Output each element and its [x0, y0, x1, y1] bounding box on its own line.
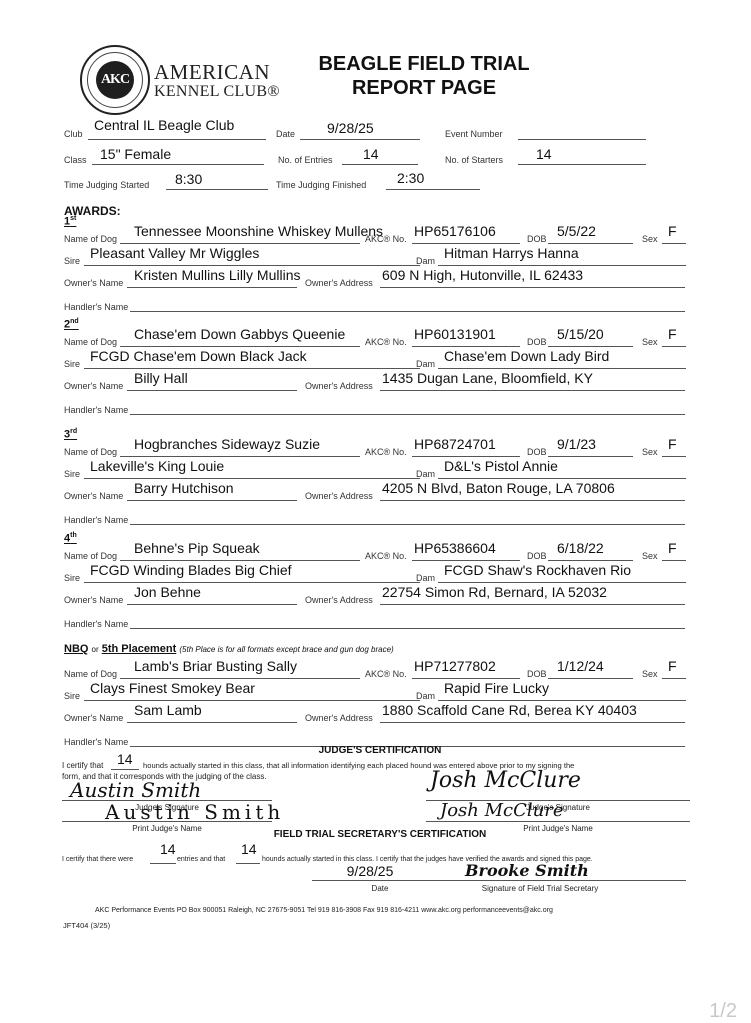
class-line	[92, 164, 264, 165]
akc-no-label: AKC® No.	[365, 551, 407, 561]
dam-field[interactable]: FCGD Shaw's Rockhaven Rio	[444, 562, 631, 578]
sex-line	[662, 678, 686, 679]
name-of-dog-label: Name of Dog	[64, 551, 117, 561]
owner-name-field[interactable]: Barry Hutchison	[134, 480, 234, 496]
footer-contact: AKC Performance Events PO Box 900051 Ral…	[95, 907, 553, 914]
dam-line	[438, 265, 686, 266]
dob-label: DOB	[527, 551, 547, 561]
dob-field[interactable]: 5/5/22	[557, 223, 596, 239]
owner-name-field[interactable]: Jon Behne	[134, 584, 201, 600]
dog-line	[120, 560, 360, 561]
sire-field[interactable]: Pleasant Valley Mr Wiggles	[90, 245, 259, 261]
time-started-field[interactable]: 8:30	[175, 171, 202, 187]
owner-address-field[interactable]: 1880 Scaffold Cane Rd, Berea KY 40403	[382, 702, 637, 718]
club-field[interactable]: Central IL Beagle Club	[94, 117, 234, 133]
dam-label: Dam	[416, 469, 435, 479]
owner-address-field[interactable]: 22754 Simon Rd, Bernard, IA 52032	[382, 584, 607, 600]
name-of-dog-label: Name of Dog	[64, 337, 117, 347]
sex-label: Sex	[642, 447, 658, 457]
judge-cert-heading: JUDGE'S CERTIFICATION	[240, 745, 520, 756]
sire-label: Sire	[64, 469, 80, 479]
class-field[interactable]: 15" Female	[100, 146, 171, 162]
akc-line	[412, 560, 520, 561]
placement-number: 2nd	[64, 318, 79, 331]
sex-field[interactable]: F	[668, 436, 677, 452]
dob-label: DOB	[527, 669, 547, 679]
sire-field[interactable]: FCGD Winding Blades Big Chief	[90, 562, 292, 578]
owners-address-label: Owner's Address	[305, 491, 373, 501]
dog-name-field[interactable]: Chase'em Down Gabbys Queenie	[134, 326, 345, 342]
sire-line	[84, 582, 420, 583]
name-of-dog-label: Name of Dog	[64, 669, 117, 679]
secretary-cert-text-mid: entries and that	[177, 856, 225, 863]
secretary-started-field[interactable]: 14	[241, 841, 257, 857]
sex-line	[662, 243, 686, 244]
address-line	[380, 500, 685, 501]
akc-number-field[interactable]: HP68724701	[414, 436, 496, 452]
date-field[interactable]: 9/28/25	[327, 120, 374, 136]
owner-line	[127, 500, 297, 501]
dam-label: Dam	[416, 359, 435, 369]
time-started-line	[166, 189, 268, 190]
name-of-dog-label: Name of Dog	[64, 234, 117, 244]
name-of-dog-label: Name of Dog	[64, 447, 117, 457]
dam-label: Dam	[416, 573, 435, 583]
owners-name-label: Owner's Name	[64, 713, 123, 723]
owner-line	[127, 390, 297, 391]
owner-line	[127, 722, 297, 723]
secretary-entries-line	[150, 863, 176, 864]
sire-label: Sire	[64, 359, 80, 369]
report-page: AKC AMERICAN KENNEL CLUB® BEAGLE FIELD T…	[0, 0, 751, 1023]
sex-line	[662, 456, 686, 457]
judge-started-field[interactable]: 14	[117, 751, 133, 767]
dam-label: Dam	[416, 256, 435, 266]
entries-line	[342, 164, 418, 165]
page-title: BEAGLE FIELD TRIAL REPORT PAGE	[300, 52, 548, 100]
dog-name-field[interactable]: Tennessee Moonshine Whiskey Mullens	[134, 223, 383, 239]
owners-address-label: Owner's Address	[305, 595, 373, 605]
dam-line	[438, 478, 686, 479]
owner-name-field[interactable]: Billy Hall	[134, 370, 188, 386]
handlers-name-label: Handler's Name	[64, 619, 128, 629]
handler-name-field[interactable]	[130, 628, 685, 629]
handler-name-field[interactable]	[130, 311, 685, 312]
dob-line	[548, 456, 633, 457]
owner-address-field[interactable]: 1435 Dugan Lane, Bloomfield, KY	[382, 370, 593, 386]
address-line	[380, 604, 685, 605]
org-name: AMERICAN KENNEL CLUB®	[154, 62, 280, 102]
time-started-label: Time Judging Started	[64, 180, 149, 190]
akc-logo: AKC	[80, 45, 150, 115]
dog-name-field[interactable]: Behne's Pip Squeak	[134, 540, 260, 556]
akc-number-field[interactable]: HP65386604	[414, 540, 496, 556]
dog-name-field[interactable]: Lamb's Briar Busting Sally	[134, 658, 297, 674]
dam-field[interactable]: Hitman Harrys Hanna	[444, 245, 579, 261]
judge2-signature[interactable]: Josh McClure	[430, 768, 581, 793]
sire-line	[84, 700, 420, 701]
akc-no-label: AKC® No.	[365, 669, 407, 679]
secretary-entries-field[interactable]: 14	[160, 841, 176, 857]
sex-field[interactable]: F	[668, 658, 677, 674]
dam-field[interactable]: Chase'em Down Lady Bird	[444, 348, 609, 364]
dog-line	[120, 346, 360, 347]
secretary-started-line	[236, 863, 260, 864]
nbq-heading: NBQ or 5th Placement (5th Place is for a…	[64, 643, 394, 655]
sex-label: Sex	[642, 551, 658, 561]
dam-label: Dam	[416, 691, 435, 701]
dog-name-field[interactable]: Hogbranches Sidewayz Suzie	[134, 436, 320, 452]
starters-field[interactable]: 14	[536, 146, 552, 162]
dob-field[interactable]: 9/1/23	[557, 436, 596, 452]
secretary-signature-line	[312, 880, 686, 881]
sire-line	[84, 368, 420, 369]
akc-line	[412, 678, 520, 679]
owner-line	[127, 604, 297, 605]
secretary-date-label: Date	[330, 884, 430, 893]
judge1-print-line	[62, 821, 272, 822]
sire-label: Sire	[64, 573, 80, 583]
akc-number-field[interactable]: HP60131901	[414, 326, 496, 342]
club-label: Club	[64, 129, 83, 139]
akc-line	[412, 346, 520, 347]
event-number-field[interactable]	[518, 139, 646, 140]
placement-number: 3rd	[64, 428, 77, 441]
sire-line	[84, 478, 420, 479]
sex-line	[662, 346, 686, 347]
dam-field[interactable]: Rapid Fire Lucky	[444, 680, 549, 696]
sex-label: Sex	[642, 234, 658, 244]
handlers-name-label: Handler's Name	[64, 515, 128, 525]
sex-field[interactable]: F	[668, 326, 677, 342]
time-finished-line	[386, 189, 480, 190]
akc-line	[412, 243, 520, 244]
class-label: Class	[64, 155, 87, 165]
owner-address-field[interactable]: 609 N High, Hutonville, IL 62433	[382, 267, 583, 283]
entries-field[interactable]: 14	[363, 146, 379, 162]
dog-line	[120, 243, 360, 244]
dob-field[interactable]: 5/15/20	[557, 326, 604, 342]
owners-address-label: Owner's Address	[305, 713, 373, 723]
page-indicator: 1/2	[709, 1000, 737, 1023]
dog-line	[120, 678, 360, 679]
sex-line	[662, 560, 686, 561]
handler-name-field[interactable]	[130, 414, 685, 415]
owners-name-label: Owner's Name	[64, 278, 123, 288]
dam-line	[438, 700, 686, 701]
owners-name-label: Owner's Name	[64, 491, 123, 501]
club-line	[88, 139, 266, 140]
sire-label: Sire	[64, 691, 80, 701]
placement-number: 1st	[64, 215, 76, 228]
dob-field[interactable]: 6/18/22	[557, 540, 604, 556]
placement-number: 4th	[64, 532, 77, 545]
owners-address-label: Owner's Address	[305, 381, 373, 391]
logo-emblem: AKC	[96, 61, 134, 99]
starters-label: No. of Starters	[445, 155, 503, 165]
dam-line	[438, 368, 686, 369]
secretary-cert-heading: FIELD TRIAL SECRETARY'S CERTIFICATION	[240, 829, 520, 840]
dog-line	[120, 456, 360, 457]
address-line	[380, 390, 685, 391]
handlers-name-label: Handler's Name	[64, 737, 128, 747]
dob-line	[548, 346, 633, 347]
owner-address-field[interactable]: 4205 N Blvd, Baton Rouge, LA 70806	[382, 480, 615, 496]
judge1-signature[interactable]: Austin Smith	[70, 778, 201, 802]
handlers-name-label: Handler's Name	[64, 405, 128, 415]
event-number-label: Event Number	[445, 129, 503, 139]
akc-no-label: AKC® No.	[365, 234, 407, 244]
akc-number-field[interactable]: HP71277802	[414, 658, 496, 674]
handler-name-field[interactable]	[130, 524, 685, 525]
akc-line	[412, 456, 520, 457]
owner-line	[127, 287, 297, 288]
time-finished-field[interactable]: 2:30	[397, 170, 424, 186]
starters-line	[518, 164, 646, 165]
sire-field[interactable]: Clays Finest Smokey Bear	[90, 680, 255, 696]
handlers-name-label: Handler's Name	[64, 302, 128, 312]
secretary-signature-label: Signature of Field Trial Secretary	[440, 884, 640, 893]
owner-name-field[interactable]: Sam Lamb	[134, 702, 202, 718]
form-id: JFT404 (3/25)	[63, 921, 110, 930]
owners-name-label: Owner's Name	[64, 381, 123, 391]
secretary-signature[interactable]: Brooke Smith	[465, 861, 589, 880]
time-finished-label: Time Judging Finished	[276, 180, 366, 190]
sex-field[interactable]: F	[668, 223, 677, 239]
dob-line	[548, 560, 633, 561]
dob-label: DOB	[527, 447, 547, 457]
date-line	[300, 139, 420, 140]
akc-no-label: AKC® No.	[365, 447, 407, 457]
owners-address-label: Owner's Address	[305, 278, 373, 288]
akc-number-field[interactable]: HP65176106	[414, 223, 496, 239]
judge2-print-name[interactable]: Josh McClure	[440, 800, 564, 821]
owners-name-label: Owner's Name	[64, 595, 123, 605]
address-line	[380, 287, 685, 288]
dob-line	[548, 243, 633, 244]
sex-label: Sex	[642, 337, 658, 347]
sex-field[interactable]: F	[668, 540, 677, 556]
dob-label: DOB	[527, 234, 547, 244]
date-label: Date	[276, 129, 295, 139]
entries-label: No. of Entries	[278, 155, 333, 165]
judge2-print-line	[426, 821, 690, 822]
sex-label: Sex	[642, 669, 658, 679]
dob-label: DOB	[527, 337, 547, 347]
dob-line	[548, 678, 633, 679]
address-line	[380, 722, 685, 723]
judge-started-line	[111, 769, 139, 770]
akc-no-label: AKC® No.	[365, 337, 407, 347]
sire-line	[84, 265, 420, 266]
dam-field[interactable]: D&L's Pistol Annie	[444, 458, 558, 474]
owner-name-field[interactable]: Kristen Mullins Lilly Mullins	[134, 267, 301, 283]
secretary-date-field[interactable]: 9/28/25	[310, 863, 430, 879]
judge-cert-text-pre: I certify that	[62, 761, 103, 770]
dam-line	[438, 582, 686, 583]
sire-label: Sire	[64, 256, 80, 266]
sire-field[interactable]: Lakeville's King Louie	[90, 458, 224, 474]
dob-field[interactable]: 1/12/24	[557, 658, 604, 674]
secretary-cert-text-pre: I certify that there were	[62, 856, 133, 863]
sire-field[interactable]: FCGD Chase'em Down Black Jack	[90, 348, 307, 364]
